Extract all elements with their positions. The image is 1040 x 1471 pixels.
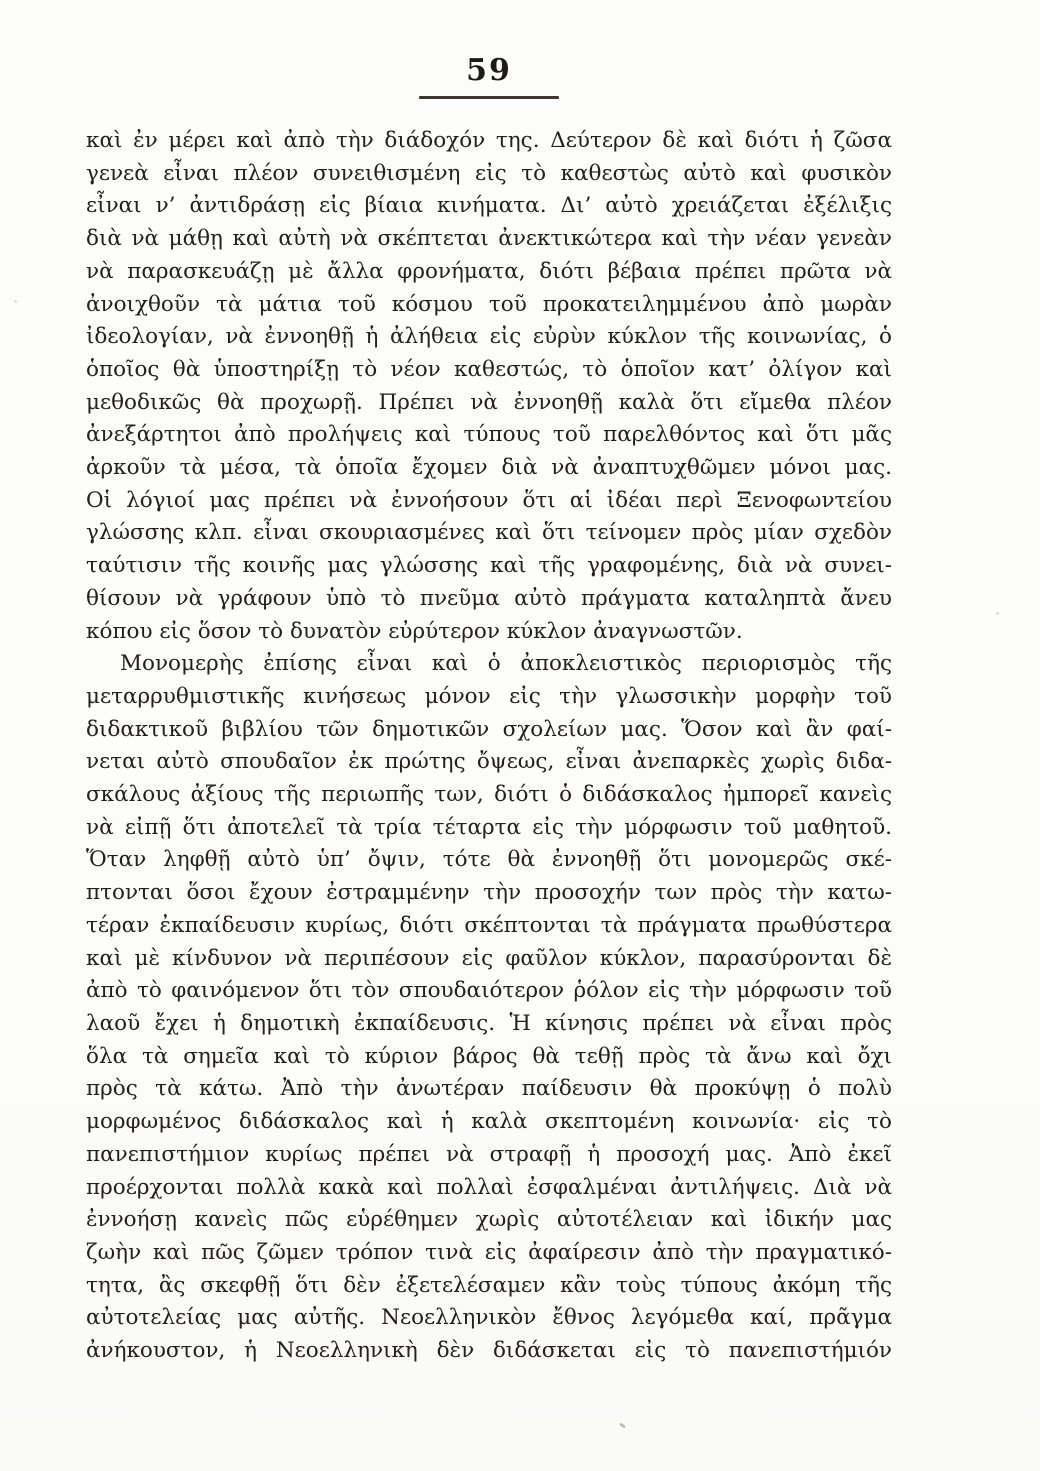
- text-line: πανεπιστήμιον κυρίως πρέπει νὰ στραφῇ ἡ …: [86, 1139, 892, 1172]
- text-line: λαοῦ ἔχει ἡ δημοτικὴ ἐκπαίδευσις. Ἡ κίνη…: [86, 1008, 892, 1041]
- text-line: κόπου εἰς ὅσον τὸ δυνατὸν εὐρύτερον κύκλ…: [86, 616, 892, 649]
- text-line: ὁποῖος θὰ ὑποστηρίξῃ τὸ νέον καθεστώς, τ…: [86, 354, 892, 387]
- text-line: αὐτοτελείας μας αὐτῆς. Νεοελληνικὸν ἔθνο…: [86, 1302, 892, 1335]
- text-line: ἀνεξάρτητοι ἀπὸ προλήψεις καὶ τύπους τοῦ…: [86, 419, 892, 452]
- text-line: ἀπὸ τὸ φαινόμενον ὅτι τὸν σπουδαιότερον …: [86, 975, 892, 1008]
- text-line: ζωὴν καὶ πῶς ζῶμεν τρόπον τινὰ εἰς ἀφαίρ…: [86, 1237, 892, 1270]
- text-line: σκάλους ἀξίους τῆς περιωπῆς των, διότι ὁ…: [86, 779, 892, 812]
- paragraph: καὶ ἐν μέρει καὶ ἀπὸ τὴν διάδοχόν της. Δ…: [86, 125, 892, 648]
- paragraph: Μονομερὴς ἐπίσης εἶναι καὶ ὁ ἀποκλειστικ…: [86, 648, 892, 1367]
- text-line: ἐννοήσῃ κανεὶς πῶς εὑρέθημεν χωρὶς αὐτοτ…: [86, 1204, 892, 1237]
- text-line: νὰ παρασκευάζῃ μὲ ἄλλα φρονήματα, διότι …: [86, 256, 892, 289]
- text-line: Οἱ λόγιοί μας πρέπει νὰ ἐννοήσουν ὅτι αἱ…: [86, 485, 892, 518]
- text-line: τητα, ἂς σκεφθῇ ὅτι δὲν ἐξετελέσαμεν κἂν…: [86, 1270, 892, 1303]
- text-line: γενεὰ εἶναι πλέον συνειθισμένη εἰς τὸ κα…: [86, 158, 892, 191]
- text-line: θίσουν νὰ γράφουν ὑπὸ τὸ πνεῦμα αὐτὸ πρά…: [86, 583, 892, 616]
- text-block: καὶ ἐν μέρει καὶ ἀπὸ τὴν διάδοχόν της. Δ…: [86, 125, 892, 1368]
- text-line: μορφωμένος διδάσκαλος καὶ ἡ καλὰ σκεπτομ…: [86, 1106, 892, 1139]
- text-line: ἀρκοῦν τὰ μέσα, τὰ ὁποῖα ἔχομεν διὰ νὰ ἀ…: [86, 452, 892, 485]
- text-line: διδακτικοῦ βιβλίου τῶν δημοτικῶν σχολείω…: [86, 714, 892, 747]
- text-line: πτονται ὅσοι ἔχουν ἐστραμμένην τὴν προσο…: [86, 877, 892, 910]
- text-line: ἰδεολογίαν, νὰ ἐννοηθῇ ἡ ἀλήθεια εἰς εὐρ…: [86, 321, 892, 354]
- page-number: 59: [466, 56, 512, 86]
- text-line: γλώσσης κλπ. εἶναι σκουριασμένες καὶ ὅτι…: [86, 517, 892, 550]
- text-line: ὅλα τὰ σημεῖα καὶ τὸ κύριον βάρος θὰ τεθ…: [86, 1041, 892, 1074]
- text-line: πρὸς τὰ κάτω. Ἀπὸ τὴν ἀνωτέραν παίδευσιν…: [86, 1073, 892, 1106]
- text-line: προέρχονται πολλὰ κακὰ καὶ πολλαὶ ἐσφαλμ…: [86, 1172, 892, 1205]
- text-line: νὰ εἰπῇ ὅτι ἀποτελεῖ τὰ τρία τέταρτα εἰς…: [86, 812, 892, 845]
- page-header: 59: [86, 56, 892, 99]
- text-line: Μονομερὴς ἐπίσης εἶναι καὶ ὁ ἀποκλειστικ…: [86, 648, 892, 681]
- text-line: Ὅταν ληφθῇ αὐτὸ ὑπ’ ὄψιν, τότε θὰ ἐννοηθ…: [86, 844, 892, 877]
- text-line: καὶ ἐν μέρει καὶ ἀπὸ τὴν διάδοχόν της. Δ…: [86, 125, 892, 158]
- scan-speck: [14, 300, 17, 303]
- scan-speck: [996, 612, 999, 615]
- text-line: καὶ μὲ κίνδυνον νὰ περιπέσουν εἰς φαῦλον…: [86, 943, 892, 976]
- scanned-page: 59 καὶ ἐν μέρει καὶ ἀπὸ τὴν διάδοχόν της…: [0, 0, 1040, 1471]
- text-line: μεθοδικῶς θὰ προχωρῇ. Πρέπει νὰ ἐννοηθῇ …: [86, 387, 892, 420]
- text-line: ἀνήκουστον, ἡ Νεοελληνικὴ δὲν διδάσκεται…: [86, 1335, 892, 1368]
- header-rule: [419, 96, 559, 99]
- text-line: μεταρρυθμιστικῆς κινήσεως μόνον εἰς τὴν …: [86, 681, 892, 714]
- text-line: ἀνοιχθοῦν τὰ μάτια τοῦ κόσμου τοῦ προκατ…: [86, 289, 892, 322]
- text-line: διὰ νὰ μάθῃ καὶ αὐτὴ νὰ σκέπτεται ἀνεκτι…: [86, 223, 892, 256]
- text-line: τέραν ἐκπαίδευσιν κυρίως, διότι σκέπτοντ…: [86, 910, 892, 943]
- text-line: νεται αὐτὸ σπουδαῖον ἐκ πρώτης ὄψεως, εἶ…: [86, 746, 892, 779]
- text-line: εἶναι ν’ ἀντιδράσῃ εἰς βίαια κινήματα. Δ…: [86, 190, 892, 223]
- scan-speck: [619, 1422, 626, 1428]
- text-line: ταύτισιν τῆς κοινῆς μας γλώσσης καὶ τῆς …: [86, 550, 892, 583]
